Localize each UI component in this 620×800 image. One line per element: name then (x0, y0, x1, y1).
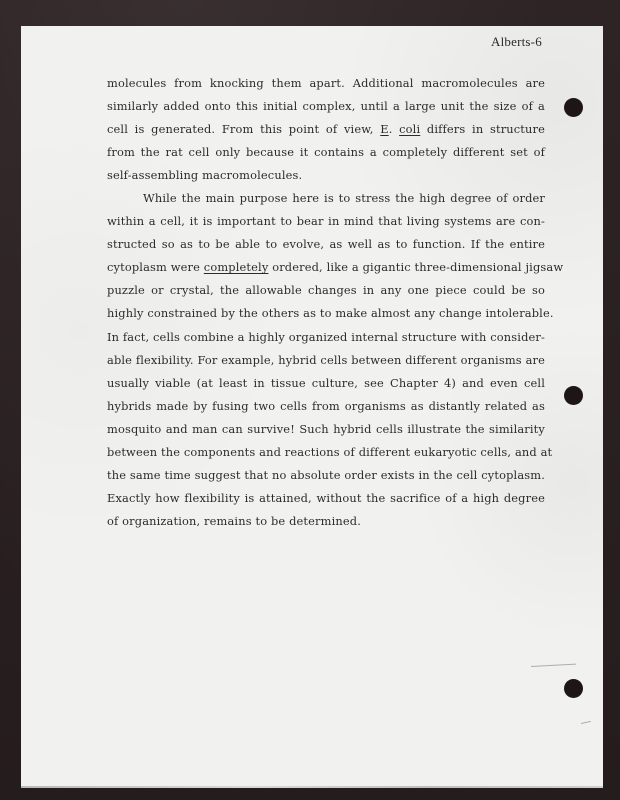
typewritten-page: Alberts-6 molecules from knocking them a… (21, 26, 603, 787)
text-line: mosquito and man can survive! Such hybri… (107, 418, 545, 441)
text-run: cell is generated. From this point of vi… (107, 122, 380, 136)
body-text: molecules from knocking them apart. Addi… (107, 72, 545, 533)
text-run: . (389, 122, 399, 136)
punch-hole (564, 386, 583, 405)
text-line: cytoplasm were completely ordered, like … (107, 256, 545, 279)
text-line: between the components and reactions of … (107, 441, 545, 464)
punch-hole (564, 98, 583, 117)
text-line: hybrids made by fusing two cells from or… (107, 395, 545, 418)
paper-scratch-mark (531, 664, 576, 667)
text-line: highly constrained by the others as to m… (107, 302, 545, 325)
text-line: While the main purpose here is to stress… (107, 187, 545, 210)
punch-hole (564, 679, 583, 698)
text-line: cell is generated. From this point of vi… (107, 118, 545, 141)
paragraph: molecules from knocking them apart. Addi… (107, 72, 545, 187)
text-line: usually viable (at least in tissue cultu… (107, 372, 545, 395)
text-line: self-assembling macromolecules. (107, 164, 545, 187)
text-line: within a cell, it is important to bear i… (107, 210, 545, 233)
text-run: ordered, like a gigantic three-dimension… (268, 260, 563, 274)
underlined-text: E (380, 122, 388, 136)
text-run: differs in structure (420, 122, 545, 136)
underlined-text: coli (399, 122, 420, 136)
text-line: the same time suggest that no absolute o… (107, 464, 545, 487)
text-line: able flexibility. For example, hybrid ce… (107, 349, 545, 372)
text-line: similarly added onto this initial comple… (107, 95, 545, 118)
text-line: Exactly how flexibility is attained, wit… (107, 487, 545, 510)
page-header-label: Alberts-6 (491, 34, 542, 50)
page-bottom-edge (21, 786, 603, 788)
paragraph: While the main purpose here is to stress… (107, 187, 545, 533)
paper-scratch-mark (581, 721, 591, 724)
underlined-text: completely (204, 260, 269, 274)
text-line: of organization, remains to be determine… (107, 510, 545, 533)
text-line: In fact, cells combine a highly organize… (107, 326, 545, 349)
text-line: structed so as to be able to evolve, as … (107, 233, 545, 256)
text-line: from the rat cell only because it contai… (107, 141, 545, 164)
text-run: cytoplasm were (107, 260, 204, 274)
text-line: puzzle or crystal, the allowable changes… (107, 279, 545, 302)
text-line: molecules from knocking them apart. Addi… (107, 72, 545, 95)
